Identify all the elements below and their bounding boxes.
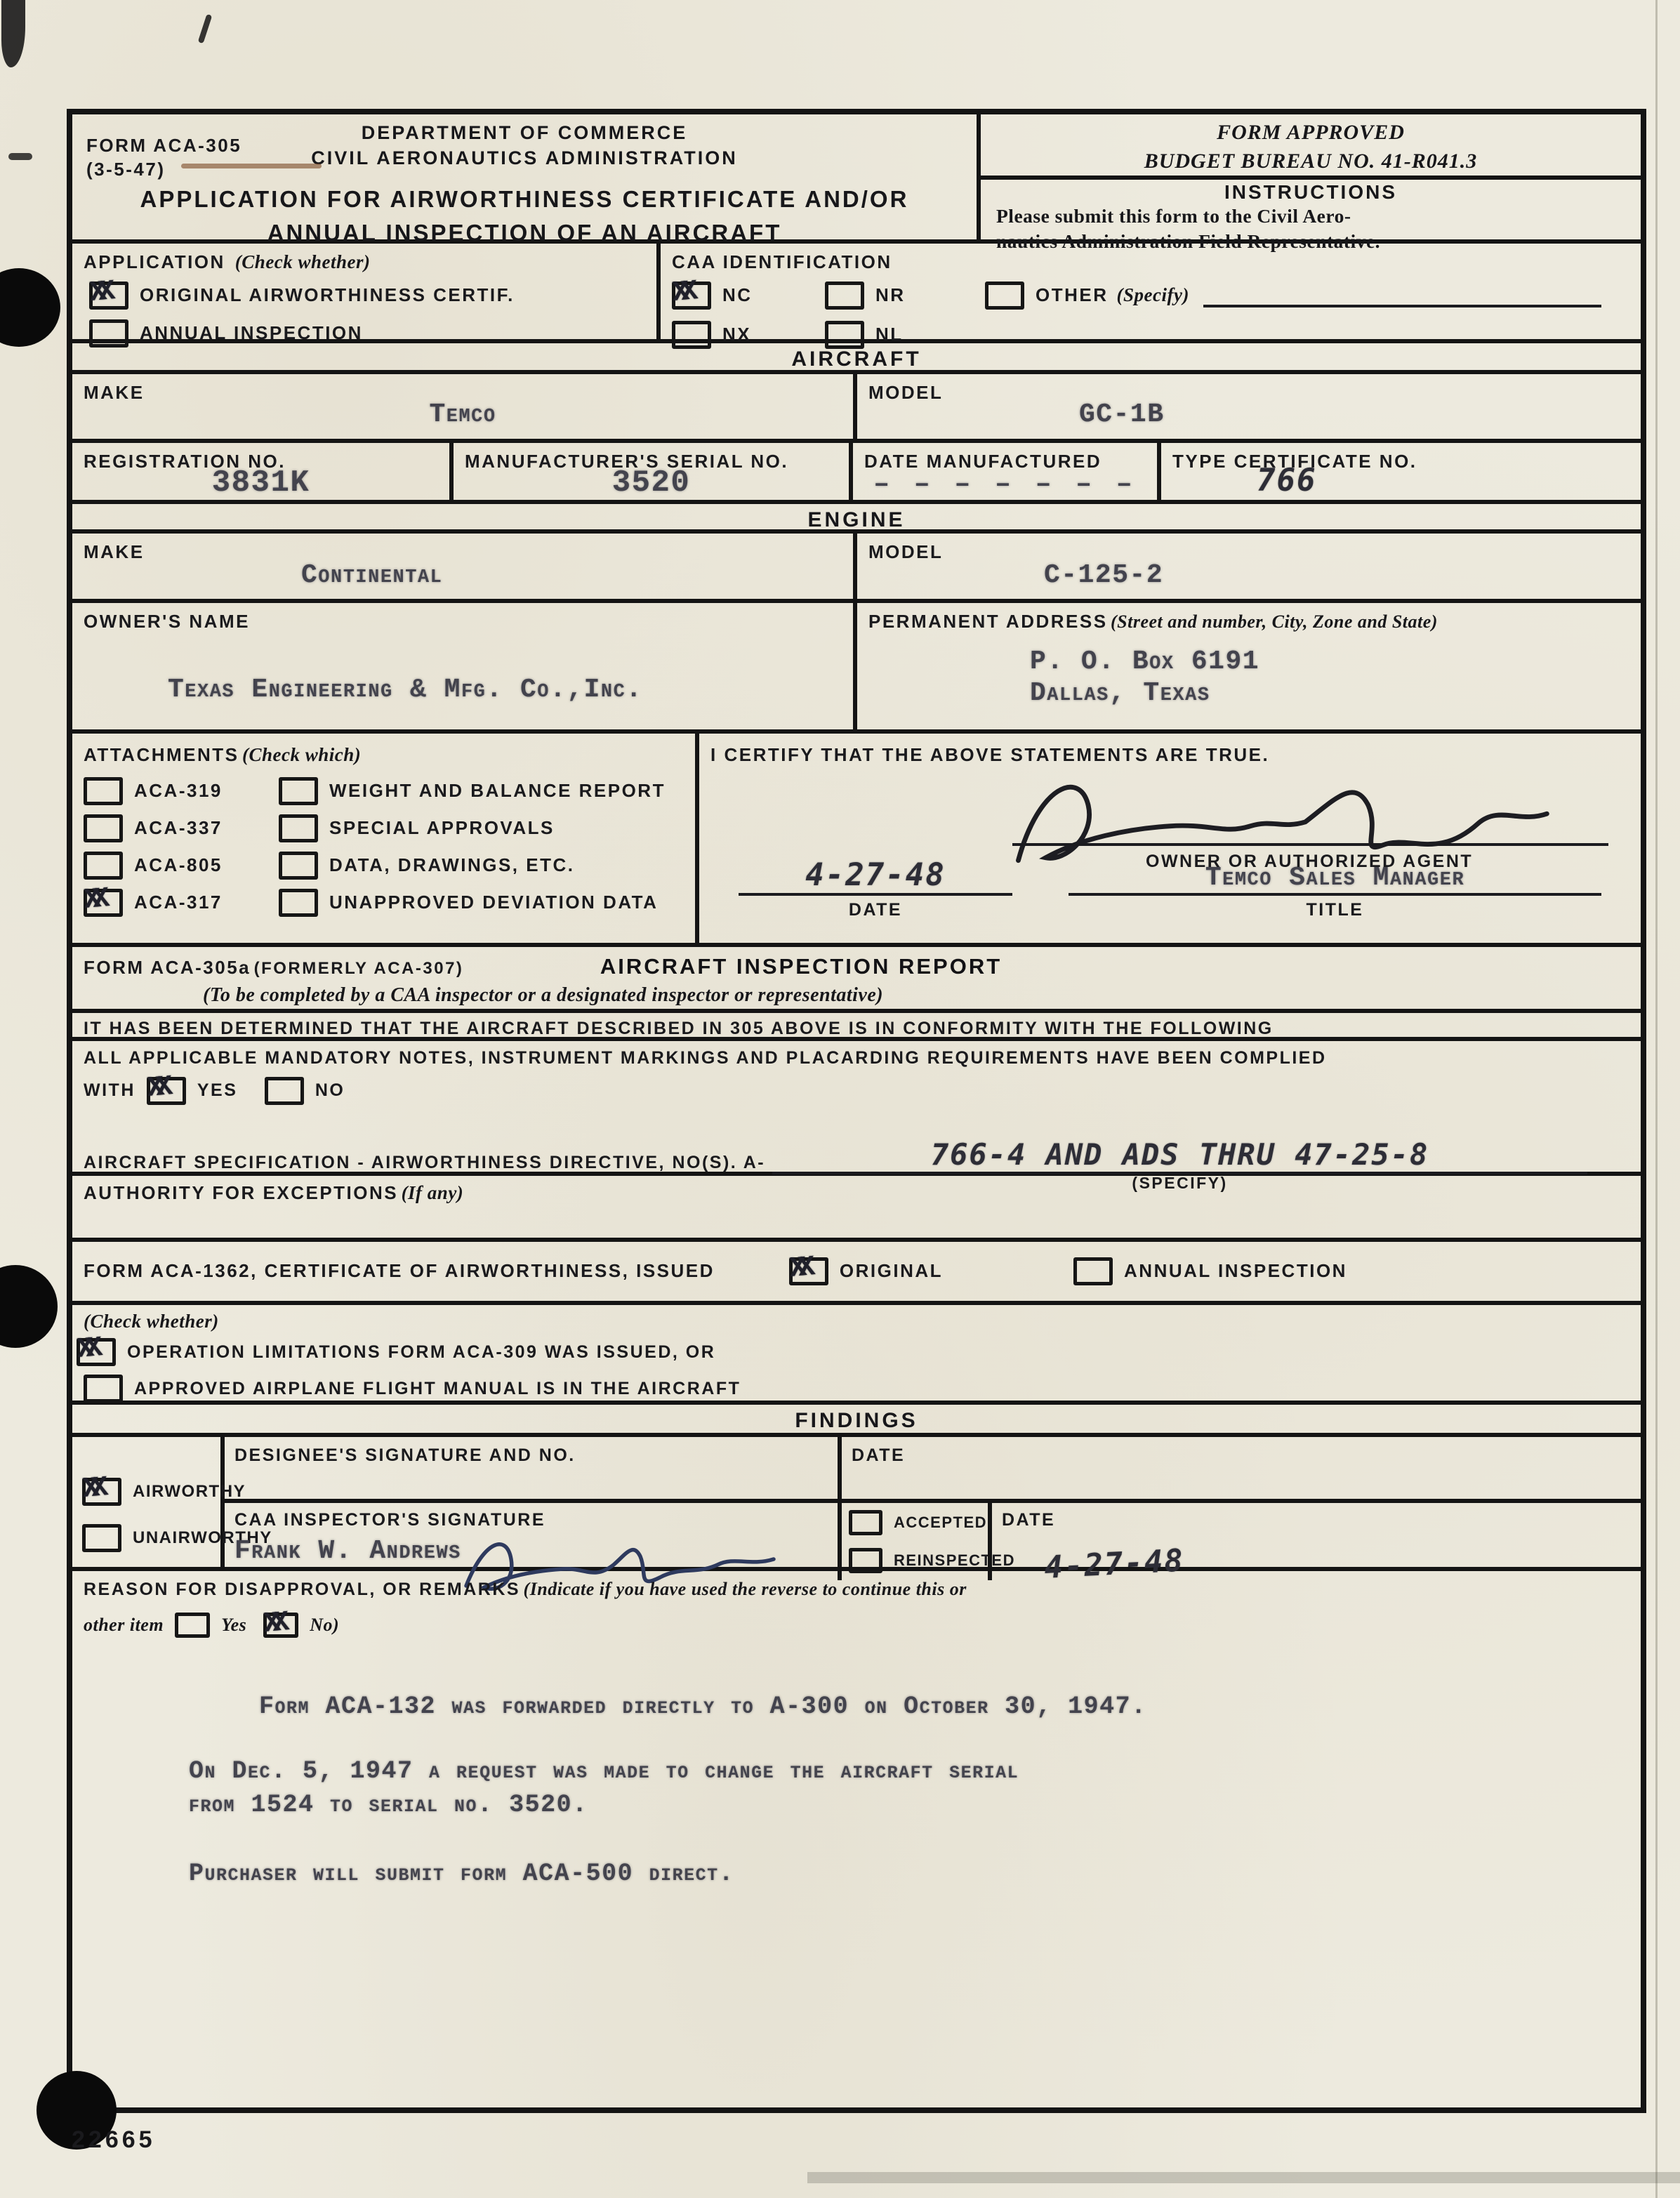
report-form-ref: FORM ACA-305a (84, 957, 251, 978)
weight-balance-label: WEIGHT AND BALANCE REPORT (329, 779, 666, 803)
owner-name-label: OWNER'S NAME (84, 610, 842, 634)
aca-317-label: ACA-317 (134, 891, 267, 915)
checkbox-accepted (849, 1510, 882, 1535)
owner-address-row: OWNER'S NAME Texas Engineering & Mfg. Co… (72, 603, 1641, 734)
checkbox-airworthy: XX (82, 1478, 121, 1506)
budget-bureau-line: BUDGET BUREAU NO. 41-R041.3 (981, 147, 1641, 176)
inspector-date-cell: DATE 4-27-48 (988, 1503, 1641, 1580)
spec-directive-label: AIRCRAFT SPECIFICATION - AIRWORTHINESS D… (84, 1151, 765, 1174)
compliance-statement: ALL APPLICABLE MANDATORY NOTES, INSTRUME… (84, 1047, 1629, 1070)
permanent-address-cell: PERMANENT ADDRESS (Street and number, Ci… (853, 603, 1641, 729)
complied-no-label: NO (315, 1079, 345, 1102)
designee-signature-cell: DESIGNEE'S SIGNATURE AND NO. (225, 1437, 838, 1499)
date-manufactured-cell: DATE MANUFACTURED – – – – – – – (849, 443, 1157, 500)
agent-caption: OWNER OR AUTHORIZED AGENT (1146, 850, 1473, 873)
aircraft-make-value: Temco (84, 399, 842, 430)
determined-row: IT HAS BEEN DETERMINED THAT THE AIRCRAFT… (72, 1013, 1641, 1041)
application-row: APPLICATION (Check whether) XX ORIGINAL … (72, 244, 1641, 343)
permanent-address-note: (Street and number, City, Zone and State… (1111, 611, 1438, 632)
paper-edge-line (1655, 0, 1658, 2198)
check-mark: XX (263, 1608, 282, 1641)
report-subheading: (To be completed by a CAA inspector or a… (203, 984, 1629, 1007)
attachments-note: (Check which) (242, 744, 361, 765)
engine-section-title: ENGINE (807, 508, 905, 531)
check-mark: XX (671, 277, 691, 310)
registration-cell: REGISTRATION NO. 3831K (72, 443, 449, 500)
pen-mark-top (198, 14, 213, 44)
application-cell: APPLICATION (Check whether) XX ORIGINAL … (72, 244, 656, 339)
engine-make-model-row: MAKE Continental MODEL C-125-2 (72, 534, 1641, 603)
flight-manual-label: APPROVED AIRPLANE FLIGHT MANUAL IS IN TH… (134, 1377, 741, 1401)
hole-punch-top (0, 268, 60, 347)
certify-title-label: TITLE (1069, 899, 1601, 922)
permanent-address-label: PERMANENT ADDRESS (868, 611, 1108, 632)
checkbox-data-drawings (279, 852, 318, 880)
inspection-report-header: FORM ACA-305a (FORMERLY ACA-307) AIRCRAF… (72, 947, 1641, 1013)
engine-section-bar: ENGINE (72, 504, 1641, 534)
form-border-frame: FORM ACA-305 (3-5-47) DEPARTMENT OF COMM… (67, 109, 1646, 2113)
checkbox-aca-319 (84, 777, 123, 805)
certify-date-value: 4-27-48 (739, 857, 1012, 893)
other-specify-line (1203, 284, 1601, 307)
remark-line-2: On Dec. 5, 1947 a request was made to ch… (189, 1757, 1629, 1785)
complied-yes-label: YES (197, 1079, 253, 1102)
application-heading: APPLICATION (84, 251, 225, 274)
checkbox-aca-337 (84, 814, 123, 842)
scan-edge-mark-top-left (1, 0, 25, 67)
checkbox-aca-805 (84, 852, 123, 880)
type-certificate-value: 766 (1257, 463, 1629, 498)
checkbox-other (985, 282, 1024, 310)
checkbox-flight-manual (84, 1375, 123, 1403)
special-approvals-label: SPECIAL APPROVALS (329, 816, 555, 840)
other-specify-note: (Specify) (1117, 284, 1189, 306)
certify-title-line (1069, 893, 1601, 896)
hole-punch-middle (0, 1265, 58, 1348)
checkbox-complied-no (265, 1077, 304, 1105)
compliance-row: ALL APPLICABLE MANDATORY NOTES, INSTRUME… (72, 1041, 1641, 1176)
caa-identification-heading: CAA IDENTIFICATION (672, 251, 1629, 274)
aca-319-label: ACA-319 (134, 779, 267, 803)
engine-make-value: Continental (301, 560, 842, 590)
compliance-with-label: WITH (84, 1079, 135, 1102)
remark-line-3: from 1524 to serial no. 3520. (189, 1791, 1629, 1819)
findings-table: XX AIRWORTHY UNAIRWORTHY DESIGNEE'S SIGN… (72, 1437, 1641, 1571)
issued-original-label: ORIGINAL (840, 1259, 943, 1283)
checkbox-reinspected (849, 1548, 882, 1573)
owner-name-value: Texas Engineering & Mfg. Co.,Inc. (168, 675, 842, 705)
checkbox-issued-annual (1073, 1257, 1113, 1285)
certify-date-line (739, 893, 1012, 896)
designee-signature-label: DESIGNEE'S SIGNATURE AND NO. (234, 1445, 576, 1465)
scan-edge-dash (8, 153, 32, 160)
aircraft-section-bar: AIRCRAFT (72, 343, 1641, 374)
aircraft-section-title: AIRCRAFT (791, 347, 921, 371)
attachments-certify-row: ATTACHMENTS (Check which) ACA-319 WEIGHT… (72, 734, 1641, 947)
rust-smear (181, 164, 322, 168)
disapproval-remarks-section: REASON FOR DISAPPROVAL, OR REMARKS (Indi… (72, 1571, 1641, 2107)
authority-exceptions-note: (If any) (402, 1182, 464, 1203)
issued-annual-label: ANNUAL INSPECTION (1124, 1259, 1347, 1283)
aca-805-label: ACA-805 (134, 854, 267, 878)
aca-337-label: ACA-337 (134, 816, 267, 840)
unapproved-deviation-label: UNAPPROVED DEVIATION DATA (329, 891, 658, 915)
document-stamp-number: 22665 (72, 2124, 156, 2155)
caa-identification-cell: CAA IDENTIFICATION XX NC NR OTHER (Speci… (656, 244, 1641, 339)
aircraft-make-cell: MAKE Temco (72, 374, 853, 439)
date-manufactured-value: – – – – – – – (864, 470, 1146, 500)
instructions-heading: INSTRUCTIONS (996, 181, 1625, 204)
accepted-reinspected-cell: ACCEPTED REINSPECTED (838, 1503, 988, 1580)
designee-date-label: DATE (852, 1445, 905, 1465)
checkbox-weight-balance (279, 777, 318, 805)
remark-line-1: Form ACA-132 was forwarded directly to A… (259, 1693, 1629, 1721)
checkbox-nc: XX (672, 282, 711, 310)
spec-directive-fill: 766-4 AND ADS THRU 47-25-8 (SPECIFY) (772, 1137, 1587, 1174)
application-note: (Check whether) (235, 251, 371, 273)
determined-statement: IT HAS BEEN DETERMINED THAT THE AIRCRAFT… (84, 1019, 1274, 1038)
check-mark: XX (83, 884, 102, 917)
aircraft-make-model-row: MAKE Temco MODEL GC-1B (72, 374, 1641, 443)
nc-label: NC (722, 284, 814, 307)
attachments-cell: ATTACHMENTS (Check which) ACA-319 WEIGHT… (72, 734, 695, 943)
authority-exceptions-row: AUTHORITY FOR EXCEPTIONS (If any) (72, 1176, 1641, 1242)
header-left-cell: FORM ACA-305 (3-5-47) DEPARTMENT OF COMM… (72, 114, 977, 239)
report-heading: AIRCRAFT INSPECTION REPORT (600, 954, 1002, 979)
checkbox-reverse-no: XX (263, 1613, 298, 1638)
disapproval-label: REASON FOR DISAPPROVAL, OR REMARKS (84, 1580, 520, 1599)
serial-cell: MANUFACTURER'S SERIAL NO. 3520 (449, 443, 849, 500)
disapproval-note2-prefix: other item (84, 1615, 164, 1636)
checkbox-issued-original: XX (789, 1257, 828, 1285)
form-header-row: FORM ACA-305 (3-5-47) DEPARTMENT OF COMM… (72, 114, 1641, 244)
scanned-form-page: FORM ACA-305 (3-5-47) DEPARTMENT OF COMM… (0, 0, 1680, 2198)
address-line1: P. O. Box 6191 (1030, 647, 1629, 677)
airworthy-cell: XX AIRWORTHY UNAIRWORTHY (72, 1437, 225, 1567)
findings-section-bar: FINDINGS (72, 1405, 1641, 1437)
check-mark: XX (76, 1333, 95, 1366)
operation-limitations-label: OPERATION LIMITATIONS FORM ACA-309 WAS I… (127, 1341, 715, 1364)
check-mark: XX (81, 1473, 101, 1506)
checkbox-reverse-yes (175, 1613, 210, 1638)
checkbox-complied-yes: XX (147, 1077, 186, 1105)
spec-directive-value: 766-4 AND ADS THRU 47-25-8 (931, 1137, 1429, 1172)
findings-section-title: FINDINGS (795, 1409, 918, 1432)
attachments-heading: ATTACHMENTS (84, 744, 239, 765)
check-mark: XX (88, 277, 108, 310)
certificate-issued-row: FORM ACA-1362, CERTIFICATE OF AIRWORTHIN… (72, 1242, 1641, 1305)
certify-date-label: DATE (739, 899, 1012, 922)
form-revision: (3-5-47) (86, 158, 242, 182)
instructions-line1: Please submit this form to the Civil Aer… (996, 205, 1351, 227)
checkbox-operation-limitations: XX (77, 1338, 116, 1366)
type-certificate-cell: TYPE CERTIFICATE NO. 766 (1157, 443, 1641, 500)
form-title-line1: APPLICATION FOR AIRWORTHINESS CERTIFICAT… (72, 183, 977, 216)
scan-band-bottom (807, 2172, 1680, 2183)
checkbox-original-airworthiness: XX (89, 282, 128, 310)
other-label: OTHER (1036, 284, 1109, 307)
engine-model-value: C-125-2 (1044, 560, 1629, 590)
aircraft-identity-row: REGISTRATION NO. 3831K MANUFACTURER'S SE… (72, 443, 1641, 504)
remark-line-4: Purchaser will submit form ACA-500 direc… (189, 1860, 1629, 1888)
check-whether-note: (Check whether) (84, 1311, 1629, 1332)
original-airworthiness-label: ORIGINAL AIRWORTHINESS CERTIF. (140, 284, 515, 307)
checkbox-special-approvals (279, 814, 318, 842)
aircraft-model-value: GC-1B (1079, 399, 1629, 430)
engine-make-cell: MAKE Continental (72, 534, 853, 599)
checkbox-aca-317: XX (84, 889, 123, 917)
checkbox-nr (825, 282, 864, 310)
address-line2: Dallas, Texas (1030, 678, 1629, 708)
check-mark: XX (788, 1252, 808, 1285)
accepted-label: ACCEPTED (894, 1513, 987, 1533)
data-drawings-label: DATA, DRAWINGS, ETC. (329, 854, 574, 878)
engine-model-cell: MODEL C-125-2 (853, 534, 1641, 599)
annual-inspection-label: ANNUAL INSPECTION (140, 322, 363, 345)
report-formerly: (FORMERLY ACA-307) (254, 959, 464, 978)
check-whether-row: (Check whether) XX OPERATION LIMITATIONS… (72, 1305, 1641, 1405)
form-number: FORM ACA-305 (86, 134, 242, 158)
form-approved-line: FORM APPROVED (981, 119, 1641, 147)
aircraft-model-cell: MODEL GC-1B (853, 374, 1641, 439)
certificate-issued-label: FORM ACA-1362, CERTIFICATE OF AIRWORTHIN… (84, 1259, 715, 1283)
agent-signature-line (1012, 843, 1608, 846)
disapproval-note1: (Indicate if you have used the reverse t… (524, 1579, 967, 1599)
authority-exceptions-label: AUTHORITY FOR EXCEPTIONS (84, 1182, 398, 1203)
checkbox-unapproved-deviation (279, 889, 318, 917)
reverse-no-label: No) (310, 1615, 339, 1636)
owner-name-cell: OWNER'S NAME Texas Engineering & Mfg. Co… (72, 603, 853, 729)
certify-cell: I CERTIFY THAT THE ABOVE STATEMENTS ARE … (695, 734, 1641, 943)
header-right-cell: FORM APPROVED BUDGET BUREAU NO. 41-R041.… (977, 114, 1641, 239)
designee-date-cell: DATE (838, 1437, 1641, 1499)
nr-label: NR (875, 284, 974, 307)
inspector-date-label: DATE (1002, 1510, 1055, 1530)
caa-inspector-cell: CAA INSPECTOR'S SIGNATURE Frank W. Andre… (225, 1503, 838, 1580)
check-mark: XX (146, 1072, 166, 1105)
reverse-yes-label: Yes (221, 1615, 246, 1636)
checkbox-unairworthy (82, 1524, 121, 1552)
